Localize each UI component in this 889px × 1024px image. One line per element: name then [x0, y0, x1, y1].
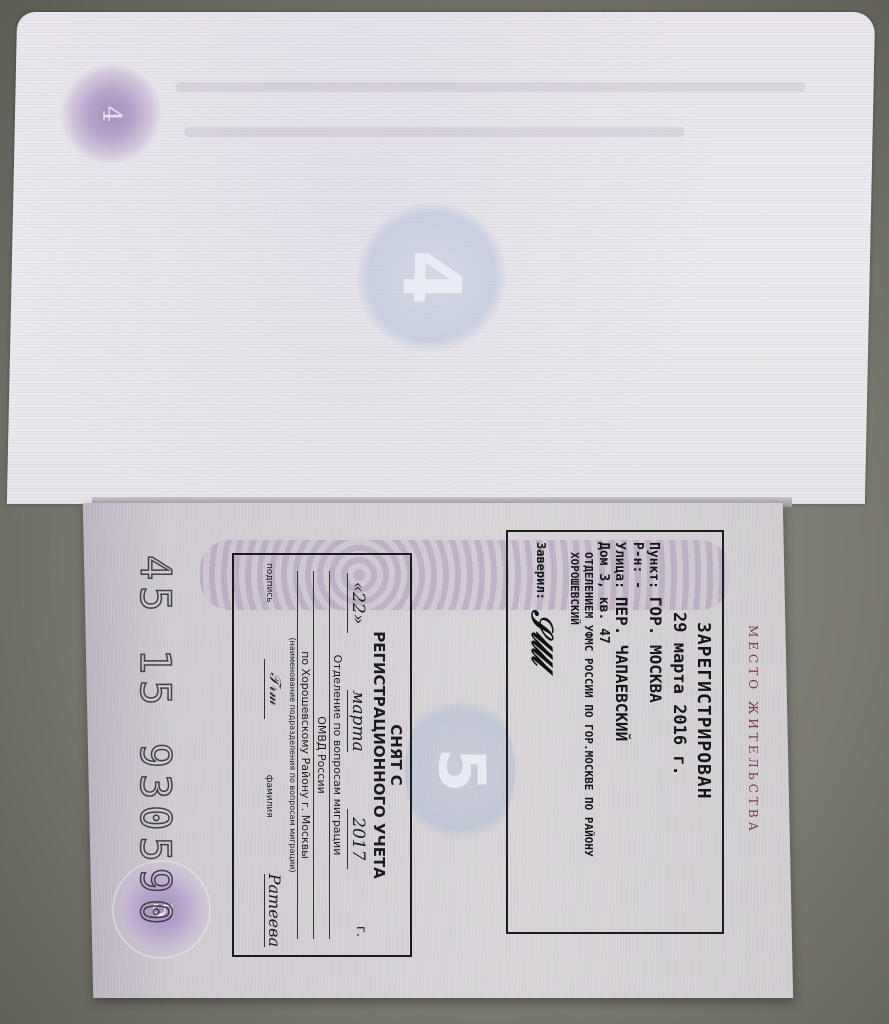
deregistration-stamp: СНЯТ С РЕГИСТРАЦИОННОГО УЧЕТА «22» марта…	[232, 553, 412, 957]
signature-row: подпись 𝒯𝓇𝓂 фамилия Ратеева	[264, 563, 285, 947]
faint-printed-line	[175, 82, 805, 92]
locality-row: Пункт: ГОР. МОСКВА	[645, 542, 663, 922]
district-label: Р-н:	[630, 542, 645, 573]
page-number-rosette-icon: 4	[58, 62, 164, 166]
office-caption: (наименование подразделения по вопросам …	[287, 563, 297, 947]
page-heading: МЕСТО ЖИТЕЛЬСТВА	[746, 625, 760, 885]
locality-label: Пункт:	[646, 542, 661, 589]
registration-signature: 𝒮𝓁𝓁𝓁𝓁	[524, 610, 559, 663]
watermark-number-text: 4	[385, 249, 479, 305]
house-value: 3,	[596, 573, 611, 589]
deregistration-year: 2017	[347, 809, 368, 869]
surname-value: Ратеева	[264, 874, 284, 947]
locality-value: ГОР. МОСКВА	[646, 597, 665, 703]
house-label: Дом	[596, 542, 611, 565]
deregistration-date: «22» марта 2017 г.	[347, 573, 368, 937]
deregistration-month: марта	[347, 690, 368, 751]
watermark-number: 4	[355, 202, 508, 352]
apartment-label: кв.	[596, 597, 611, 620]
office-line-1: Отделение по вопросам миграции	[329, 571, 345, 939]
surname-label: фамилия	[264, 775, 274, 818]
district-row: Р-н: -	[629, 542, 645, 922]
registration-title: ЗАРЕГИСТРИРОВАН	[693, 622, 714, 922]
upper-passport-page: 4 4	[7, 12, 875, 504]
watermark-number-text: 5	[423, 748, 497, 793]
registration-stamp: ЗАРЕГИСТРИРОВАН 29 марта 2016 г. Пункт: …	[506, 530, 724, 934]
watermark-number: 5	[405, 690, 515, 850]
signature-label: подпись	[264, 563, 274, 603]
certified-row: Заверил: 𝒮𝓁𝓁𝓁𝓁	[524, 542, 559, 922]
perforated-serial-number: 45 15 930590	[131, 555, 180, 955]
faint-printed-line	[185, 127, 685, 137]
office-line-3: по Хорошевскому Району г. Москвы	[297, 571, 313, 939]
house-row: Дом 3, кв. 47	[595, 542, 611, 922]
office-line-2: ОМВД России	[313, 571, 329, 939]
deregistration-year-suffix: г.	[347, 926, 368, 937]
street-row: Улица: ПЕР. ЧАПАЕВСКИЙ	[611, 542, 629, 922]
registration-authority: ОТДЕЛЕНИЕМ УФМС РОССИИ ПО ГОР.МОСКВЕ ПО …	[567, 552, 595, 882]
deregistration-title-2: РЕГИСТРАЦИОННОГО УЧЕТА	[370, 563, 387, 947]
certified-label: Заверил:	[535, 542, 549, 600]
district-value: -	[630, 581, 645, 589]
apartment-value: 47	[596, 628, 611, 644]
street-label: Улица:	[612, 542, 627, 589]
deregistration-day: «22»	[347, 573, 368, 633]
deregistration-signature: 𝒯𝓇𝓂	[264, 659, 285, 719]
upper-page-number: 4	[96, 106, 126, 123]
deregistration-title-1: СНЯТ С	[387, 563, 404, 947]
street-value: ПЕР. ЧАПАЕВСКИЙ	[612, 597, 631, 742]
registration-date: 29 марта 2016 г.	[669, 612, 689, 922]
